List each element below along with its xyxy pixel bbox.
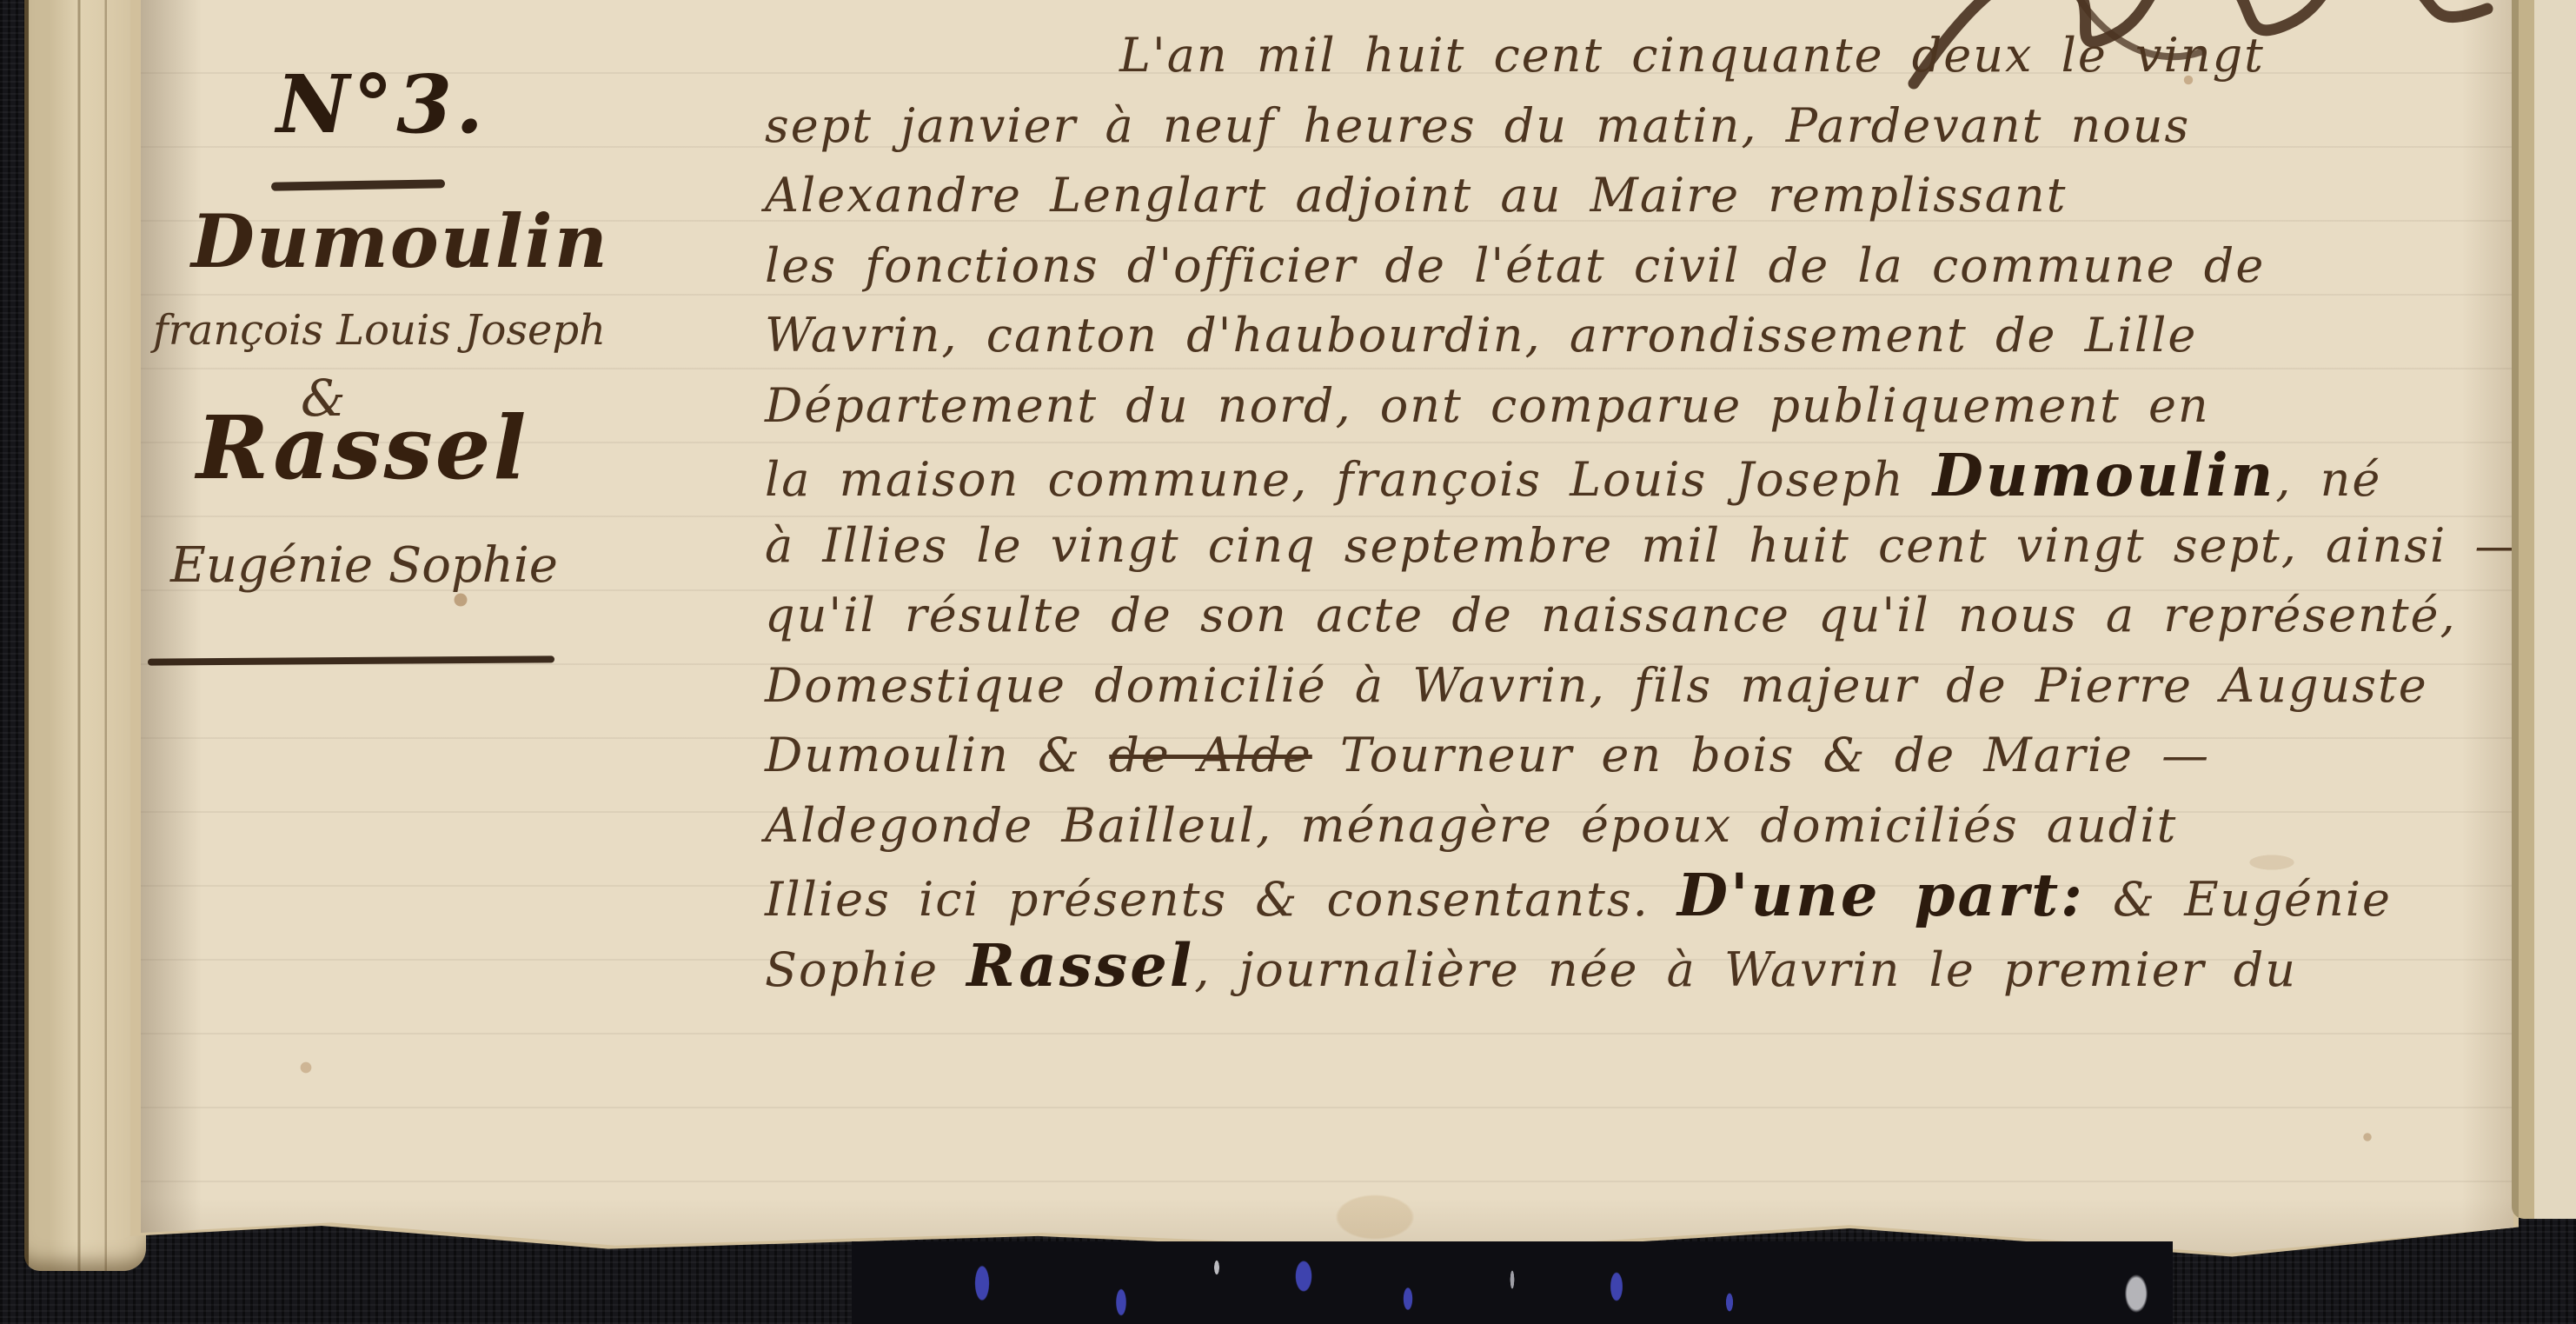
act-text: Alexandre Lenglart adjoint au Maire remp…: [765, 168, 2067, 223]
act-line: les fonctions d'officier de l'état civil…: [765, 231, 2555, 302]
margin-groom-given-names: françois Louis Joseph: [153, 306, 606, 355]
act-line: sept janvier à neuf heures du matin, Par…: [765, 91, 2555, 162]
act-text-block: L'an mil huit cent cinquante deux le vin…: [765, 21, 2555, 1001]
act-text: Sophie: [765, 942, 966, 997]
act-line: Wavrin, canton d'haubourdin, arrondissem…: [765, 301, 2555, 371]
act-line: L'an mil huit cent cinquante deux le vin…: [1119, 21, 2555, 91]
margin-bride-given-names: Eugénie Sophie: [170, 537, 558, 594]
act-text: Illies ici présents & consentants.: [765, 872, 1677, 927]
act-line: Dumoulin & de Alde Tourneur en bois & de…: [765, 721, 2555, 791]
act-text: à Illies le vingt cinq septembre mil hui…: [765, 518, 2523, 573]
act-emphasized-name: Rassel: [966, 931, 1194, 1000]
act-text: & Eugénie: [2085, 872, 2392, 927]
left-page-stack-edges: [24, 0, 146, 1271]
act-text: , né: [2275, 452, 2381, 507]
margin-groom-surname: Dumoulin: [191, 198, 609, 284]
act-text: Département du nord, ont comparue publiq…: [765, 378, 2210, 433]
act-line: la maison commune, françois Louis Joseph…: [765, 441, 2555, 511]
act-text: Tourneur en bois & de Marie —: [1312, 728, 2210, 782]
act-text: la maison commune, françois Louis Joseph: [765, 452, 1933, 507]
act-text: Dumoulin &: [765, 728, 1109, 782]
act-text: les fonctions d'officier de l'état civil…: [765, 238, 2265, 293]
act-text: L'an mil huit cent cinquante deux le vin…: [1119, 28, 2265, 83]
act-text: sept janvier à neuf heures du matin, Par…: [765, 98, 2190, 153]
act-text: Domestique domicilié à Wavrin, fils maje…: [765, 658, 2428, 713]
margin-bride-surname: Rassel: [196, 396, 528, 499]
act-struck-text: de Alde: [1109, 728, 1311, 782]
act-line: Sophie Rassel, journalière née à Wavrin …: [765, 931, 2555, 1001]
act-text: Aldegonde Bailleul, ménagère époux domic…: [765, 798, 2177, 853]
act-text: Wavrin, canton d'haubourdin, arrondissem…: [765, 308, 2197, 363]
marbled-cover-strip: [852, 1241, 2173, 1324]
act-text: , journalière née à Wavrin le premier du: [1194, 942, 2297, 997]
act-emphasized-name: D'une part:: [1677, 861, 2085, 929]
act-number: N°3.: [276, 57, 487, 151]
register-scan: N°3. Dumoulin françois Louis Joseph & Ra…: [0, 0, 2576, 1324]
act-line: à Illies le vingt cinq septembre mil hui…: [765, 511, 2555, 582]
right-facing-page-edge: [2512, 0, 2576, 1219]
act-emphasized-name: Dumoulin: [1933, 441, 2275, 509]
act-line: qu'il résulte de son acte de naissance q…: [765, 581, 2555, 651]
act-line: Domestique domicilié à Wavrin, fils maje…: [765, 651, 2555, 722]
act-text: qu'il résulte de son acte de naissance q…: [765, 588, 2457, 642]
act-line: Illies ici présents & consentants. D'une…: [765, 861, 2555, 931]
act-line: Département du nord, ont comparue publiq…: [765, 371, 2555, 442]
act-line: Aldegonde Bailleul, ménagère époux domic…: [765, 791, 2555, 862]
act-line: Alexandre Lenglart adjoint au Maire remp…: [765, 161, 2555, 231]
